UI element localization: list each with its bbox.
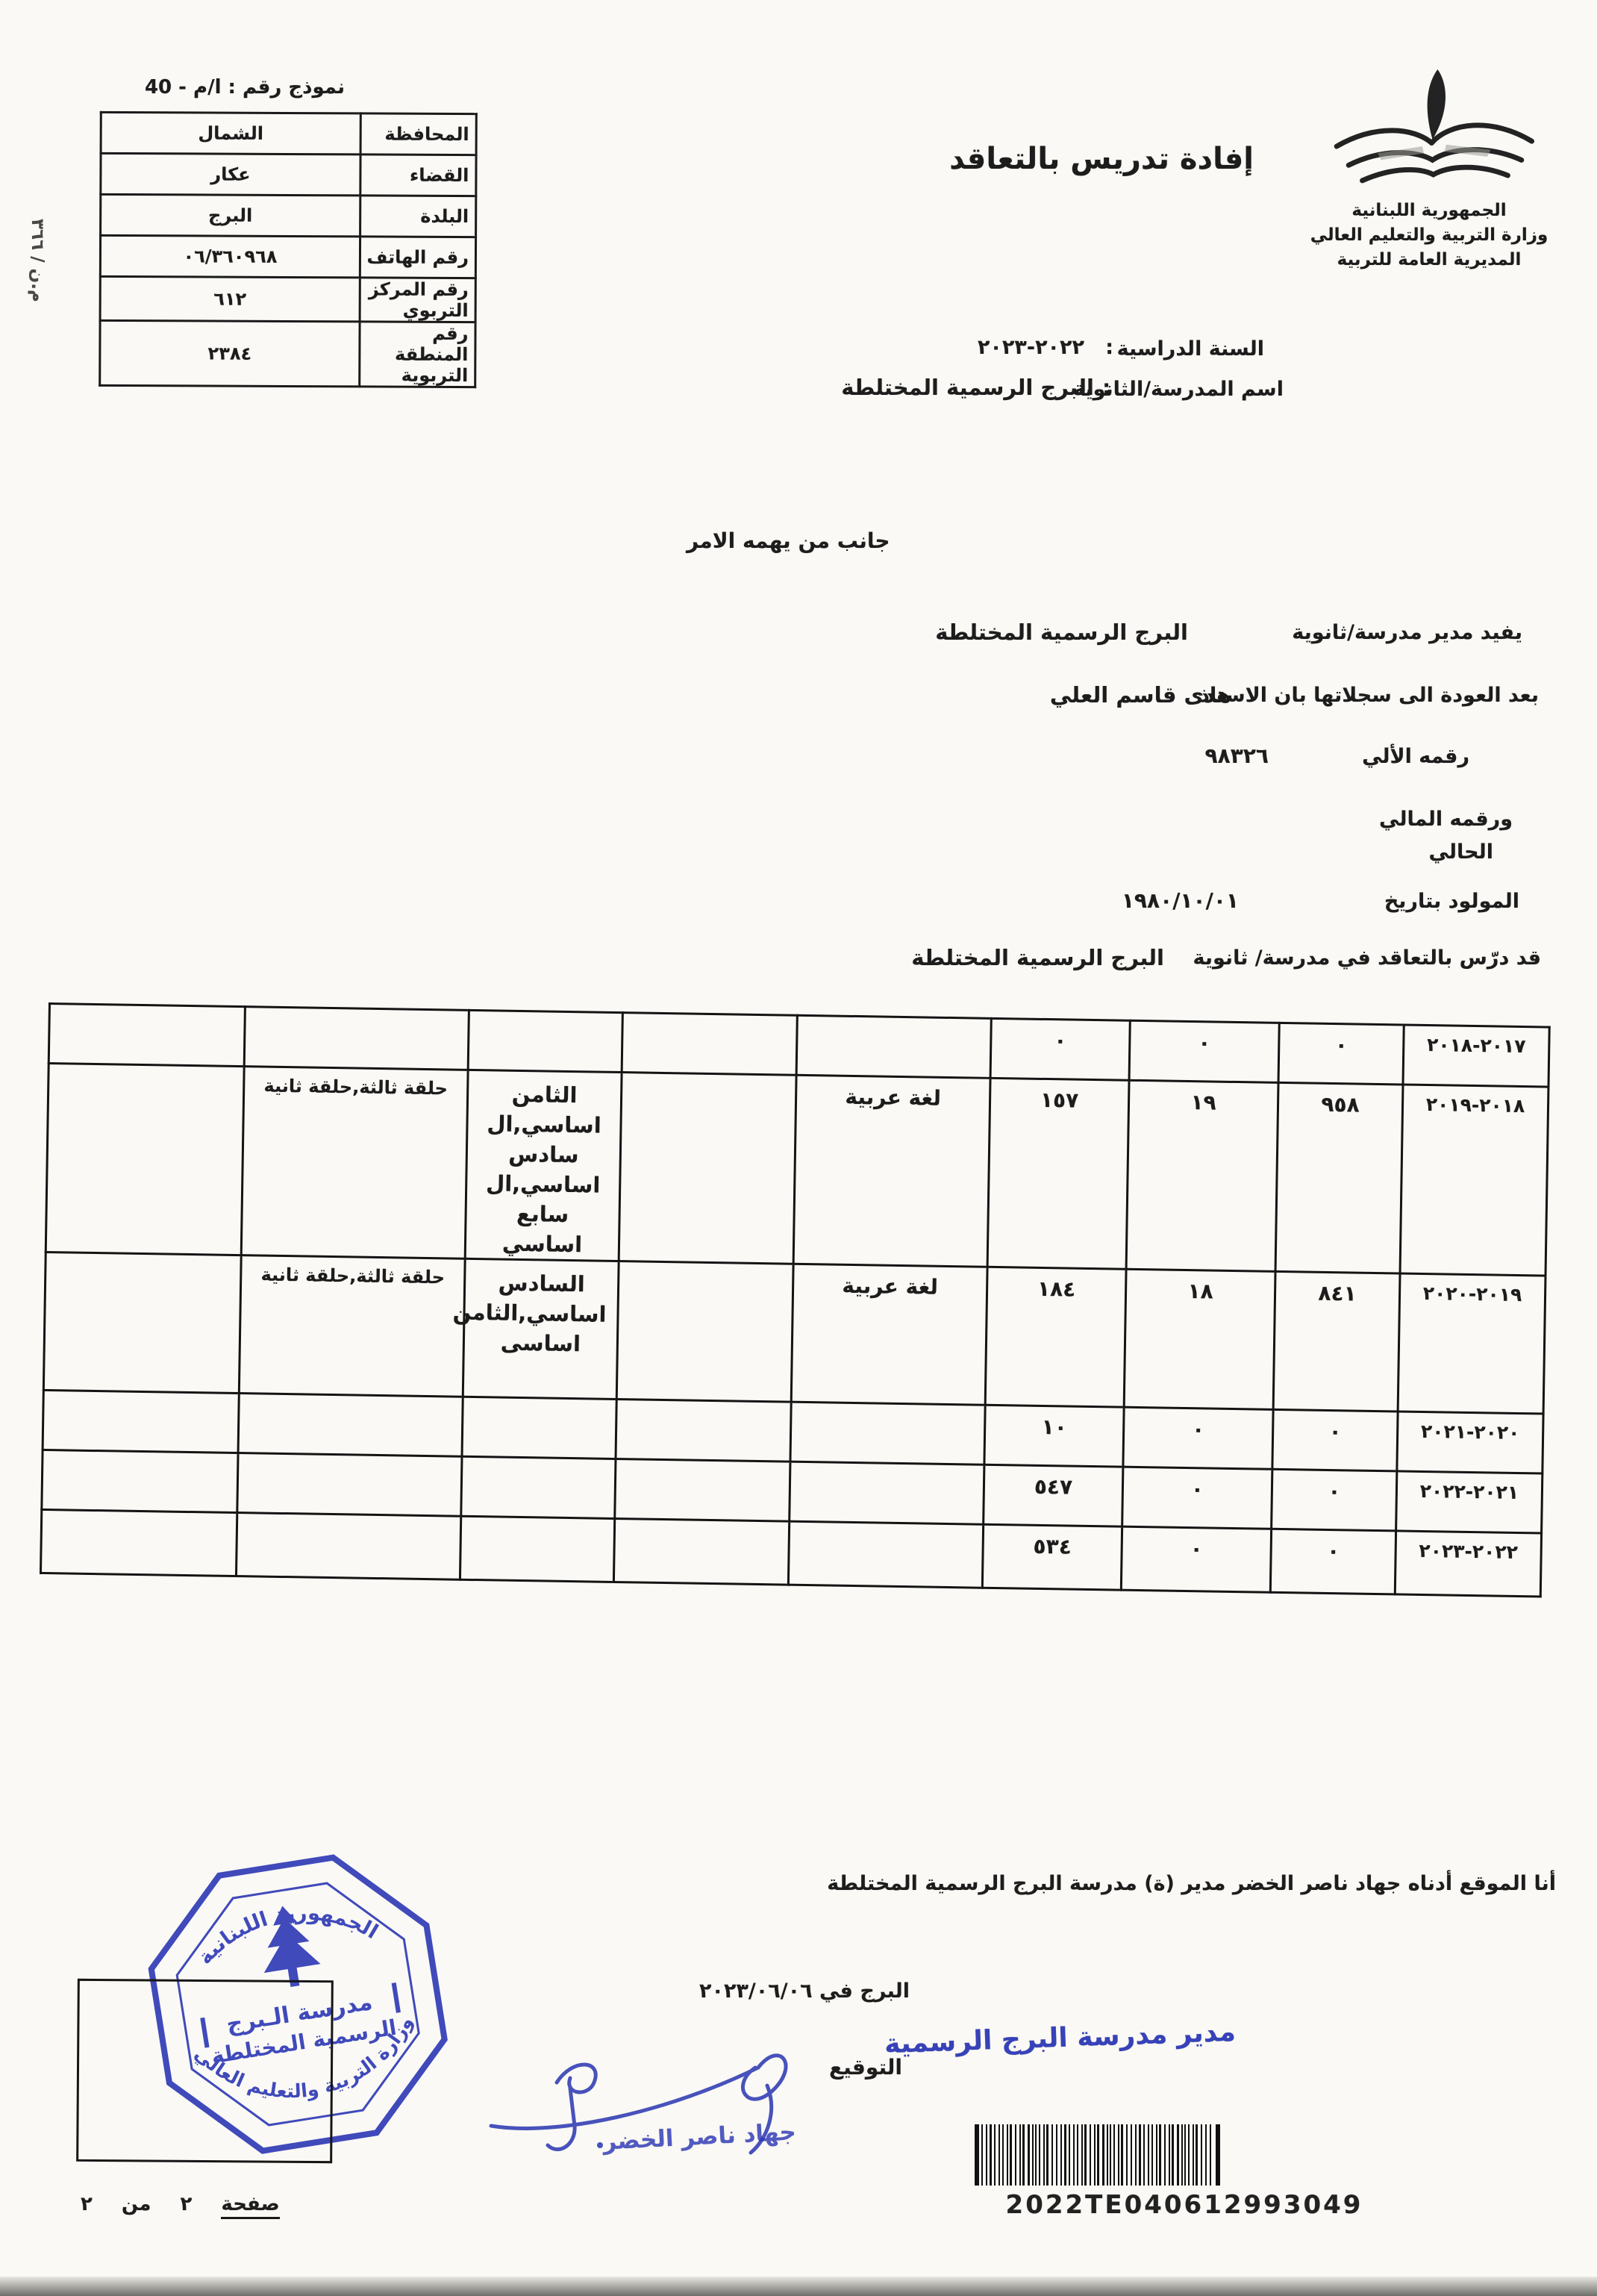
cell-n2: ٠: [1121, 1526, 1271, 1592]
cell-cycle: حلقة ثالثة,حلقة ثانية: [241, 1067, 468, 1259]
info-label: البلدة: [360, 196, 476, 237]
cell-n2: ١٩: [1126, 1080, 1278, 1271]
table-row: رقم الهاتف ٠٦/٣٦٠٩٦٨: [100, 235, 475, 278]
cell-subject: لغة عربية: [791, 1264, 987, 1405]
cell-n1: ٠: [1272, 1469, 1397, 1531]
cell-year: ٢٠٢٠-٢٠٢١: [1397, 1411, 1543, 1473]
cell-cycle: [238, 1394, 463, 1457]
ministry-line: وزارة التربية والتعليم العالي: [1306, 223, 1552, 248]
scanned-document-page: نموذج رقم : ا/م - 40 م.ن / ٣٦٦ المحافظة …: [0, 0, 1597, 2296]
cell-year: ٢٠٢١-٢٠٢٢: [1396, 1471, 1543, 1533]
body-line1-label: يفيد مدير مدرسة/ثانوية: [1292, 621, 1522, 644]
info-value: عكار: [101, 153, 360, 196]
cell-empty: [619, 1073, 796, 1264]
table-row: رقم المنطقة التربوية ٢٣٨٤: [100, 320, 475, 387]
empty-box: [76, 1979, 334, 2163]
table-row: المحافظة الشمال: [101, 112, 476, 155]
info-value: ٦١٢: [100, 276, 360, 322]
info-label: رقم المركز التربوي: [360, 278, 475, 322]
body-line2-value: هدى قاسم العلي: [1050, 682, 1231, 708]
cell-subject: لغة عربية: [793, 1075, 990, 1267]
cell-n3: ٠: [990, 1018, 1130, 1080]
cell-subject: [790, 1402, 985, 1464]
cell-cycle: [236, 1513, 460, 1580]
info-value: ٢٣٨٤: [100, 320, 360, 387]
cell-empty: [622, 1013, 797, 1076]
school-name-value: البرج الرسمية المختلطة: [841, 375, 1094, 400]
cell-n1: ٠: [1278, 1023, 1404, 1085]
info-value: ٠٦/٣٦٠٩٦٨: [100, 235, 360, 278]
republic-line: الجمهورية اللبنانية: [1306, 199, 1552, 223]
body-line5-value: ١٩٨٠/١٠/٠١: [1122, 888, 1239, 913]
body-line5-label: المولود بتاريخ: [1384, 890, 1519, 913]
cell-n2: ٠: [1129, 1020, 1279, 1082]
info-label: القضاء: [360, 155, 476, 196]
teaching-records-table: ٢٠١٧-٢٠١٨ ٠ ٠ ٠ ٢٠١٨-٢٠١٩ ٩٥٨ ١٩ ١٥٧ لغة…: [40, 1002, 1551, 1598]
table-row: ٢٠١٩-٢٠٢٠ ٨٤١ ١٨ ١٨٤ لغة عربية السادس اس…: [43, 1252, 1546, 1414]
info-value: البرج: [101, 194, 360, 237]
cell-empty: [46, 1064, 244, 1255]
cell-n1: ٠: [1272, 1409, 1398, 1471]
cell-classes: [460, 1516, 614, 1582]
cell-classes: الثامن اساسي,ال سادس اساسي,ال سابع اساسي: [465, 1070, 622, 1261]
body-line4-label: ورقمه المالي: [1379, 808, 1513, 831]
barcode: [975, 2124, 1394, 2186]
cell-classes: [462, 1397, 616, 1459]
colon: :: [1105, 336, 1113, 359]
school-year-value: ٢٠٢٢-٢٠٢٣: [978, 336, 1084, 359]
ministry-book-quill-icon: [1327, 64, 1543, 193]
cell-subject: [790, 1461, 984, 1524]
form-number: نموذج رقم : ا/م - 40: [145, 76, 345, 99]
cell-n1: ٠: [1270, 1529, 1396, 1594]
cell-classes: [461, 1456, 616, 1518]
cell-n3: ١٠: [984, 1405, 1124, 1467]
page-word: صفحة: [221, 2193, 279, 2219]
cell-empty: [615, 1459, 790, 1522]
cell-empty: [40, 1509, 237, 1576]
cell-n2: ٠: [1122, 1467, 1272, 1529]
scan-edge: [0, 2277, 1597, 2296]
table-row: البلدة البرج: [101, 194, 476, 237]
ministry-header: الجمهورية اللبنانية وزارة التربية والتعل…: [1306, 199, 1552, 272]
body-line1-value: البرج الرسمية المختلطة: [935, 620, 1188, 645]
body-line3-value: ٩٨٣٢٦: [1205, 743, 1269, 768]
cell-empty: [43, 1390, 239, 1453]
cell-cycle: حلقة ثالثة,حلقة ثانية: [239, 1255, 465, 1397]
cell-cycle: [237, 1453, 462, 1517]
cell-empty: [49, 1004, 245, 1067]
cell-empty: [42, 1450, 238, 1512]
signature-icon: [446, 2014, 819, 2171]
cell-n3: ١٥٧: [987, 1078, 1129, 1269]
barcode-bar: [1216, 2124, 1220, 2186]
cell-n3: ٥٣٤: [982, 1524, 1122, 1590]
table-row: ٢٠١٨-٢٠١٩ ٩٥٨ ١٩ ١٥٧ لغة عربية الثامن اس…: [46, 1064, 1548, 1276]
body-line6-value: البرج الرسمية المختلطة: [911, 945, 1164, 970]
directorate-line: المديرية العامة للتربية: [1306, 248, 1552, 272]
cell-year: ٢٠١٩-٢٠٢٠: [1398, 1273, 1546, 1414]
info-label: رقم الهاتف: [360, 237, 475, 278]
school-year-label: السنة الدراسية: [1117, 337, 1264, 361]
cell-subject: [788, 1521, 983, 1588]
info-value: الشمال: [101, 112, 360, 155]
cell-empty: [616, 1400, 791, 1462]
cell-n2: ١٨: [1124, 1269, 1275, 1409]
cell-year: ٢٠١٧-٢٠١٨: [1403, 1025, 1549, 1087]
cell-n1: ٩٥٨: [1275, 1082, 1403, 1273]
info-label: المحافظة: [360, 113, 476, 155]
cell-classes: [468, 1010, 622, 1072]
cell-classes: السادس اساسي,الثامن اساسى: [463, 1258, 619, 1399]
body-line6-label: قد درّس بالتعاقد في مدرسة/ ثانوية: [1193, 946, 1541, 970]
school-info-table: المحافظة الشمال القضاء عكار البلدة البرج…: [99, 111, 478, 388]
cell-year: ٢٠٢٢-٢٠٢٣: [1395, 1531, 1541, 1597]
table-row: رقم المركز التربوي ٦١٢: [100, 276, 475, 322]
cell-n1: ٨٤١: [1273, 1271, 1400, 1411]
body-line4-label2: الحالي: [1429, 840, 1493, 864]
cell-empty: [613, 1519, 789, 1585]
cell-empty: [43, 1252, 241, 1393]
cell-cycle: [244, 1007, 469, 1070]
declaration-line: أنا الموقع أدناه جهاد ناصر الخضر مدير (ة…: [827, 1872, 1556, 1895]
barcode-number: 2022TE040612993049: [975, 2190, 1394, 2220]
page-title: إفادة تدريس بالتعاقد: [949, 142, 1254, 176]
director-role-stamp-text: مدير مدرسة البرج الرسمية: [884, 2017, 1236, 2059]
cell-subject: [796, 1015, 991, 1078]
place-date: البرج في ٢٠٢٣/٠٦/٠٦: [699, 1980, 910, 2003]
cell-n3: ١٨٤: [985, 1267, 1126, 1407]
info-label: رقم المنطقة التربوية: [360, 322, 475, 387]
cell-empty: [616, 1261, 793, 1403]
salutation: جانب من يهمه الامر: [687, 528, 890, 553]
cell-year: ٢٠١٨-٢٠١٩: [1400, 1085, 1548, 1276]
margin-note: م.ن / ٣٦٦: [28, 201, 47, 320]
body-line3-label: رقمه الألي: [1362, 745, 1469, 768]
body-line2-label: بعد العودة الى سجلاتها بان الاستاذ: [1199, 684, 1539, 707]
cell-n3: ٥٤٧: [984, 1464, 1123, 1526]
colon: :: [1102, 376, 1110, 399]
cell-n2: ٠: [1123, 1407, 1273, 1469]
table-row: القضاء عكار: [101, 153, 476, 196]
